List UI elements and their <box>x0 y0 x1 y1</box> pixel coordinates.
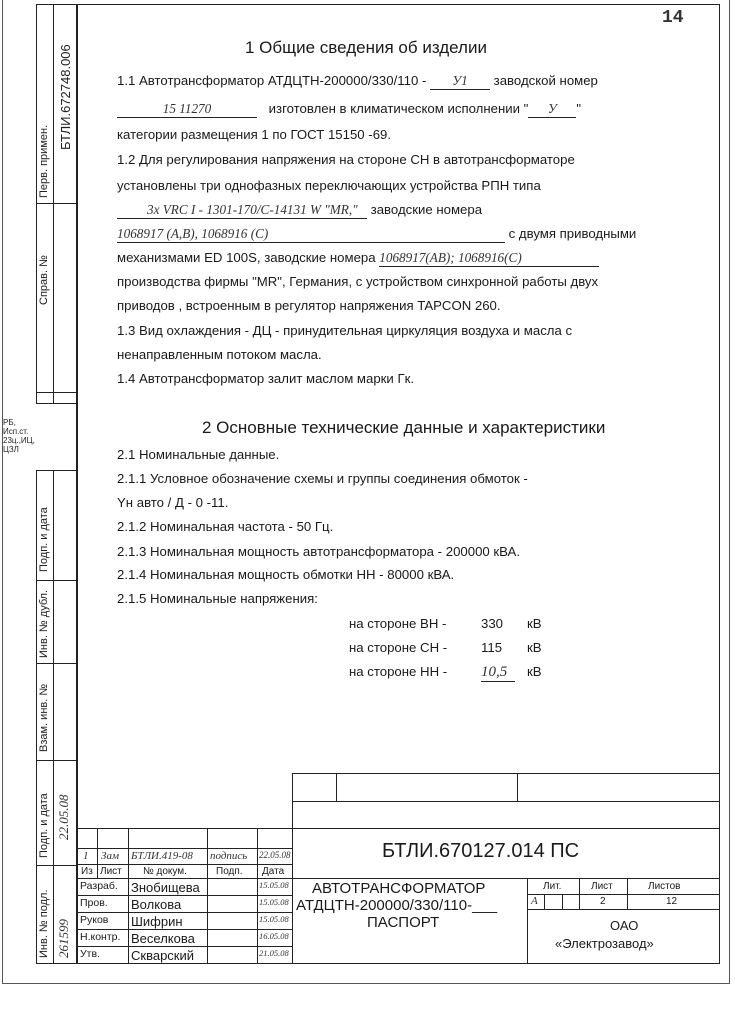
header-iz: Из <box>81 866 93 877</box>
margin-divider <box>36 580 77 581</box>
para-1-3-line2: ненаправленным потоком масла. <box>117 347 322 362</box>
header-list: Лист <box>100 866 122 877</box>
handwritten-rpn-numbers: 1068917 (A,B), 1068916 (C) <box>117 226 505 243</box>
inv-podl-value: 261599 <box>56 919 72 958</box>
voltage-unit: кВ <box>527 616 542 631</box>
voltage-side: на стороне НН - <box>349 664 481 679</box>
handwritten-exec: У <box>528 101 576 118</box>
signer-role: Разраб. <box>80 880 118 892</box>
para-2-1-5: 2.1.5 Номинальные напряжения: <box>117 591 318 606</box>
podp-data-value-2: 22.05.08 <box>56 795 72 841</box>
text: 1.1 Автотрансформатор АТДЦТН-200000/330/… <box>117 73 430 88</box>
para-2-1-4: 2.1.4 Номинальная мощность обмотки НН - … <box>117 567 454 582</box>
signer-role: Руков <box>80 914 108 926</box>
para-2-1-1-line2: Yн авто / Д - 0 -11. <box>117 495 228 510</box>
tb-line <box>76 895 292 896</box>
product-name-2: АТДЦТН-200000/330/110-___ <box>296 897 497 914</box>
margin-divider <box>36 760 77 761</box>
tb-line <box>292 828 293 964</box>
tb-line <box>544 894 545 909</box>
signer-role: Утв. <box>80 948 100 960</box>
podp-data-label-2: Подп. и дата <box>38 793 50 858</box>
margin-divider <box>36 865 77 866</box>
tb-line <box>76 946 292 947</box>
margin-divider <box>36 203 77 204</box>
signer-name: Шифрин <box>131 914 183 929</box>
lit-label: Лит. <box>543 881 561 892</box>
para-2-1-3: 2.1.3 Номинальная мощность автотрансформ… <box>117 544 520 559</box>
tb-line <box>76 848 292 849</box>
product-name-1: АВТОТРАНСФОРМАТОР <box>312 880 485 897</box>
listov-value: 12 <box>666 896 677 907</box>
inv-podl-label: Инв. № подл. <box>38 889 50 958</box>
document-designation: БТЛИ.670127.014 ПС <box>382 840 579 863</box>
para-1-1-line3: категории размещения 1 по ГОСТ 15150 -69… <box>117 127 391 142</box>
para-2-1-1-line1: 2.1.1 Условное обозначение схемы и групп… <box>117 471 528 486</box>
tb-line <box>562 894 563 909</box>
lit-value: А <box>531 895 538 907</box>
para-1-2-line4: 1068917 (A,B), 1068916 (C) с двумя приво… <box>117 226 636 243</box>
tb-line <box>76 929 292 930</box>
voltage-side: на стороне ВН - <box>349 616 481 631</box>
change-doc: БТЛИ.419-08 <box>131 850 193 862</box>
margin-divider <box>36 392 77 393</box>
tb-line <box>207 828 208 964</box>
vzam-inv-label: Взам. инв. № <box>38 684 50 752</box>
change-signature: подпись <box>210 850 247 862</box>
margin-divider <box>36 663 77 664</box>
para-1-2-line1: 1.2 Для регулирования напряжения на стор… <box>117 152 575 167</box>
para-1-1-line2: 15 11270 изготовлен в климатическом испо… <box>117 101 581 118</box>
voltage-row: на стороне НН -10,5кВ <box>349 664 542 682</box>
voltage-side: на стороне СН - <box>349 640 481 655</box>
para-1-2-line2: установлены три однофазных переключающих… <box>117 178 541 193</box>
margin-note: РБ, Исп.ст. 23ц.,ИЦ, ЦЗЛ <box>3 418 35 454</box>
note-line: 23ц.,ИЦ, <box>3 436 35 445</box>
tb-line <box>128 828 129 964</box>
signer-date: 15.05.08 <box>259 897 289 907</box>
para-2-1: 2.1 Номинальные данные. <box>117 447 279 462</box>
tb-line <box>579 878 580 909</box>
para-2-1-2: 2.1.2 Номинальная частота - 50 Гц. <box>117 519 333 534</box>
signer-role: Пров. <box>80 897 108 909</box>
signer-name: Знобищева <box>131 880 200 895</box>
org-line-1: ОАО <box>610 918 638 933</box>
voltage-row: на стороне СН -115кВ <box>349 640 542 655</box>
tb-line <box>527 909 720 910</box>
tb-line <box>76 864 292 865</box>
text: механизмами ED 100S, заводские номера <box>117 250 379 265</box>
perv-primen-value: БТЛИ.672748.006 <box>58 44 73 150</box>
inv-dubl-label: Инв. № дубл. <box>38 590 50 658</box>
change-date: 22.05.08 <box>259 850 291 860</box>
listov-label: Листов <box>648 881 681 892</box>
para-1-2-line3: 3x VRC I - 1301-170/C-14131 W "MR," заво… <box>117 202 482 219</box>
perv-primen-label: Перв. примен. <box>38 125 50 198</box>
handwritten-rpn-type: 3x VRC I - 1301-170/C-14131 W "MR," <box>117 202 367 219</box>
signer-date: 21.05.08 <box>259 948 289 958</box>
text: " <box>576 101 581 116</box>
signer-name: Волкова <box>131 897 181 912</box>
list-value: 2 <box>600 896 606 907</box>
signer-date: 16.05.08 <box>259 931 289 941</box>
list-label: Лист <box>591 881 613 892</box>
tb-line <box>527 878 528 964</box>
margin-column-outer <box>36 4 54 404</box>
para-1-2-line5: механизмами ED 100S, заводские номера 10… <box>117 250 599 267</box>
para-1-2-line7: приводов , встроенным в регулятор напряж… <box>117 298 501 313</box>
text: изготовлен в климатическом исполнении " <box>269 101 529 116</box>
header-date: Дата <box>262 866 284 877</box>
text: заводской номер <box>490 73 598 88</box>
tb-line <box>292 878 720 879</box>
voltage-unit: кВ <box>527 664 542 679</box>
change-list: Зам <box>101 850 119 862</box>
para-1-1: 1.1 Автотрансформатор АТДЦТН-200000/330/… <box>117 73 598 90</box>
voltage-value: 10,5 <box>481 664 515 682</box>
note-line: ЦЗЛ <box>3 445 35 454</box>
tb-line <box>336 773 337 801</box>
note-line: РБ, <box>3 418 35 427</box>
signer-date: 15.05.08 <box>259 880 289 890</box>
tb-line <box>97 828 98 878</box>
handwritten-climate: У1 <box>430 73 490 90</box>
page-number: 14 <box>662 8 684 28</box>
para-1-4: 1.4 Автотрансформатор залит маслом марки… <box>117 371 414 386</box>
tb-line <box>76 912 292 913</box>
note-line: Исп.ст. <box>3 427 35 436</box>
tb-line <box>257 828 258 964</box>
section2-title: 2 Основные технические данные и характер… <box>202 418 605 438</box>
tb-line <box>292 801 720 802</box>
handwritten-drive-numbers: 1068917(AB); 1068916(C) <box>379 250 599 267</box>
tb-line <box>76 878 292 879</box>
tb-line <box>517 773 518 801</box>
handwritten-serial: 15 11270 <box>117 101 257 118</box>
margin-lower-inner <box>53 470 77 964</box>
podp-data-label-1: Подп. и дата <box>38 507 50 572</box>
change-iz: 1 <box>83 850 89 862</box>
sprav-label: Справ. № <box>38 255 50 305</box>
tb-line <box>627 878 628 909</box>
org-line-2: «Электрозавод» <box>555 936 654 951</box>
product-name-3: ПАСПОРТ <box>367 914 439 931</box>
tb-line <box>527 894 720 895</box>
voltage-value: 115 <box>481 640 515 655</box>
voltage-unit: кВ <box>527 640 542 655</box>
signer-role: Н.контр. <box>80 931 120 943</box>
header-doc: № докум. <box>143 866 187 877</box>
text: заводские номера <box>367 202 482 217</box>
para-1-3-line1: 1.3 Вид охлаждения - ДЦ - принудительная… <box>117 323 572 338</box>
voltage-row: на стороне ВН -330кВ <box>349 616 542 631</box>
para-1-2-line6: производства фирмы "MR", Германия, с уст… <box>117 274 598 289</box>
signer-name: Скварский <box>131 948 194 963</box>
signer-name: Веселкова <box>131 931 195 946</box>
text: с двумя приводными <box>509 226 637 241</box>
voltage-value: 330 <box>481 616 515 631</box>
section1-title: 1 Общие сведения об изделии <box>245 38 487 58</box>
header-podp: Подп. <box>216 866 243 877</box>
signer-date: 15.05.08 <box>259 914 289 924</box>
